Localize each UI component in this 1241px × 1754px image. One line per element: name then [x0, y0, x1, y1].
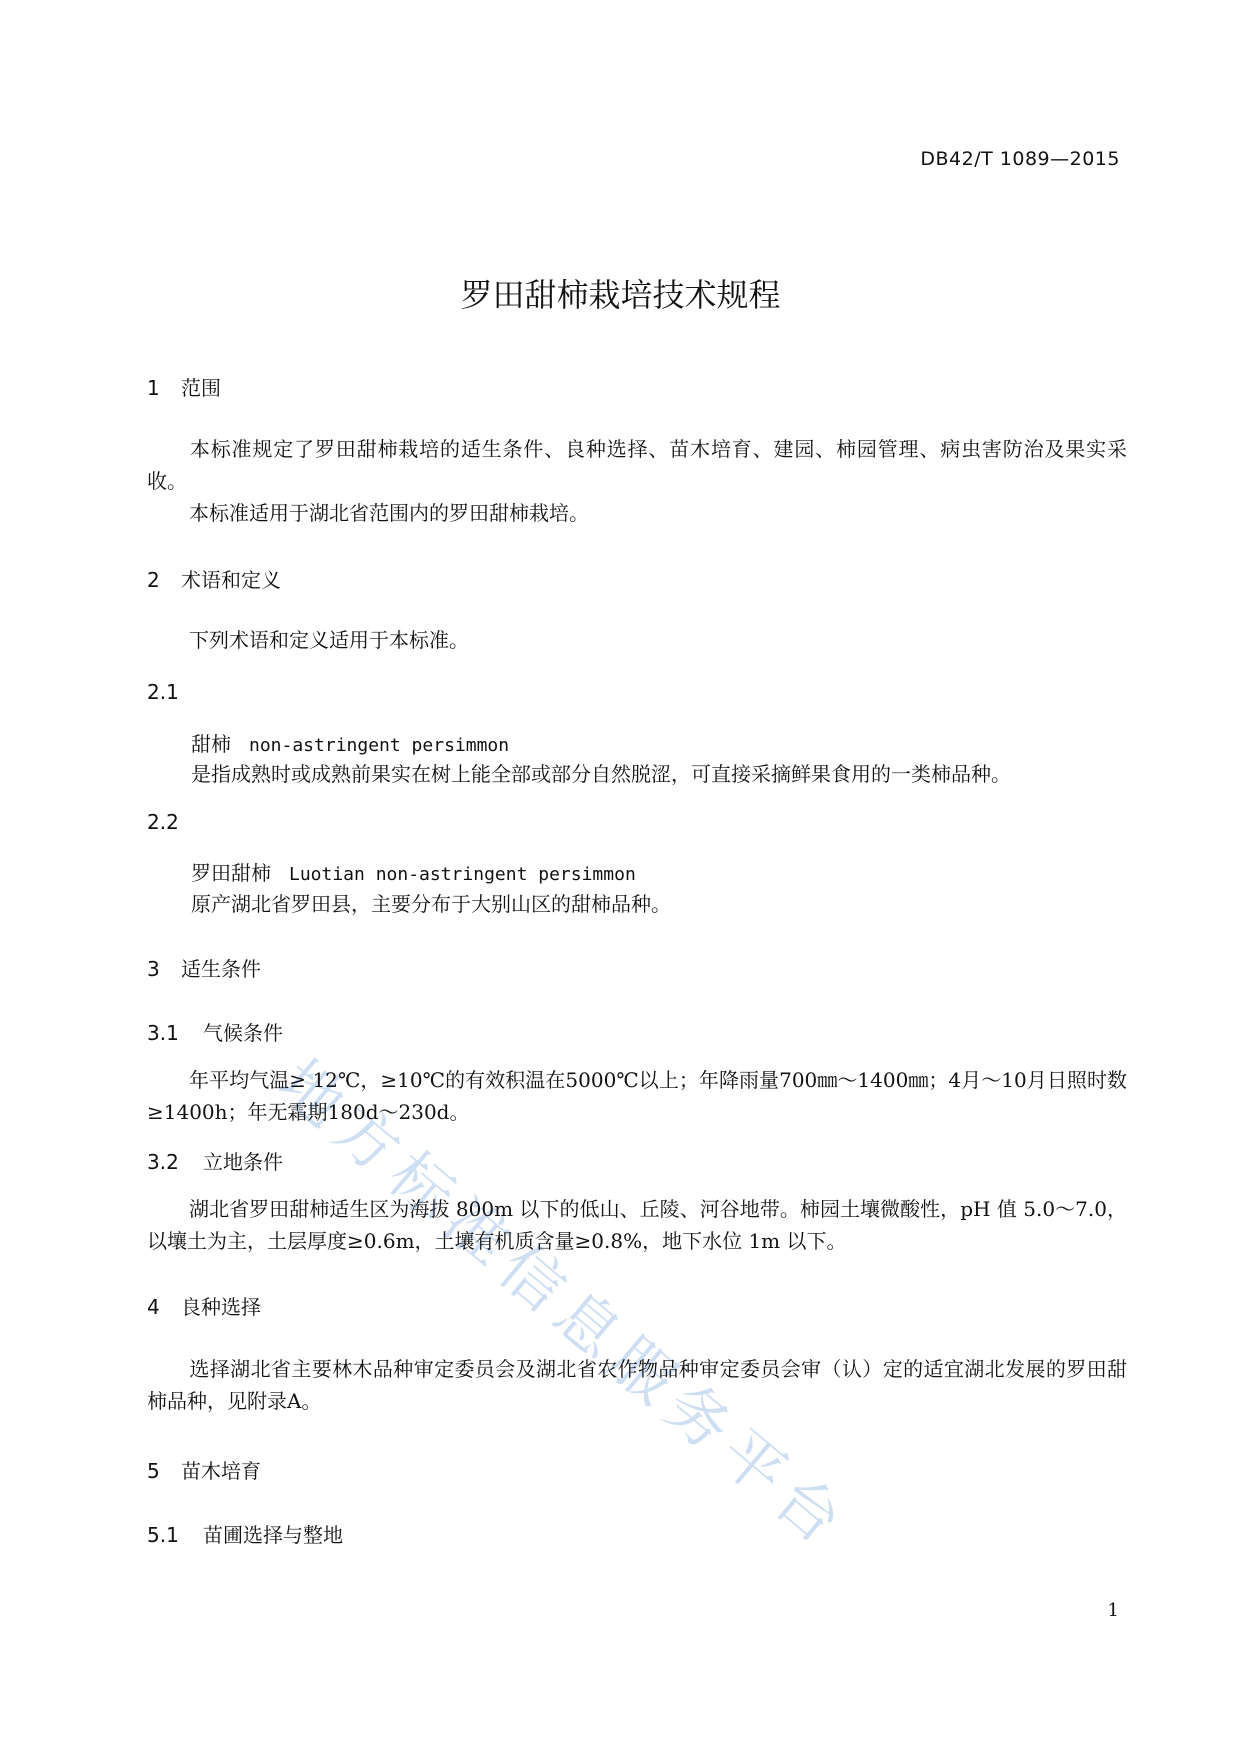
term-cn: 罗田甜柿 — [191, 861, 271, 885]
section-title: 立地条件 — [203, 1150, 283, 1174]
section-title: 良种选择 — [181, 1295, 261, 1319]
section-number: 2 — [147, 568, 181, 592]
section-5-1-heading: 5.1苗圃选择与整地 — [147, 1519, 343, 1548]
section-number: 1 — [147, 376, 181, 400]
section-1-paragraph-2: 本标准适用于湖北省范围内的罗田甜柿栽培。 — [147, 497, 1127, 529]
section-1-heading: 1范围 — [147, 372, 221, 401]
term-2-2-title: 罗田甜柿Luotian non-astringent persimmon — [191, 857, 636, 886]
term-2-1-number: 2.1 — [147, 680, 179, 704]
page-number: 1 — [1108, 1600, 1119, 1621]
standard-code: DB42/T 1089—2015 — [920, 148, 1120, 170]
term-2-2-definition: 原产湖北省罗田县，主要分布于大别山区的甜柿品种。 — [191, 888, 671, 917]
section-title: 苗圃选择与整地 — [203, 1523, 343, 1547]
section-4-paragraph: 选择湖北省主要林木品种审定委员会及湖北省农作物品种审定委员会审（认）定的适宜湖北… — [147, 1353, 1127, 1417]
section-1-paragraph-1: 本标准规定了罗田甜柿栽培的适生条件、良种选择、苗木培育、建园、柿园管理、病虫害防… — [147, 433, 1127, 497]
section-2-heading: 2术语和定义 — [147, 564, 281, 593]
paragraph-text: 下列术语和定义适用于本标准。 — [189, 628, 469, 652]
section-title: 术语和定义 — [181, 568, 281, 592]
section-number: 5 — [147, 1459, 181, 1483]
paragraph-text: 本标准规定了罗田甜柿栽培的适生条件、良种选择、苗木培育、建园、柿园管理、病虫害防… — [147, 437, 1127, 493]
section-5-heading: 5苗木培育 — [147, 1455, 261, 1484]
section-number: 3.1 — [147, 1021, 203, 1045]
section-number: 5.1 — [147, 1523, 203, 1547]
paragraph-text: 年平均气温≥ 12℃，≥10℃的有效积温在5000℃以上；年降雨量700㎜～14… — [147, 1068, 1127, 1124]
paragraph-text: 选择湖北省主要林木品种审定委员会及湖北省农作物品种审定委员会审（认）定的适宜湖北… — [147, 1357, 1127, 1413]
section-4-heading: 4良种选择 — [147, 1291, 261, 1320]
section-number: 3 — [147, 957, 181, 981]
section-title: 苗木培育 — [181, 1459, 261, 1483]
term-2-1-title: 甜柿non-astringent persimmon — [191, 728, 509, 757]
section-number: 4 — [147, 1295, 181, 1319]
term-2-2-number: 2.2 — [147, 810, 179, 834]
section-title: 气候条件 — [203, 1021, 283, 1045]
section-3-1-heading: 3.1气候条件 — [147, 1017, 283, 1046]
section-3-2-paragraph: 湖北省罗田甜柿适生区为海拔 800m 以下的低山、丘陵、河谷地带。柿园土壤微酸性… — [147, 1193, 1127, 1257]
section-title: 适生条件 — [181, 957, 261, 981]
term-cn: 甜柿 — [191, 732, 231, 756]
term-en: Luotian non-astringent persimmon — [289, 864, 636, 885]
term-en: non-astringent persimmon — [249, 735, 509, 756]
section-3-2-heading: 3.2立地条件 — [147, 1146, 283, 1175]
paragraph-text: 湖北省罗田甜柿适生区为海拔 800m 以下的低山、丘陵、河谷地带。柿园土壤微酸性… — [147, 1197, 1127, 1253]
document-title: 罗田甜柿栽培技术规程 — [0, 270, 1241, 316]
section-title: 范围 — [181, 376, 221, 400]
section-number: 3.2 — [147, 1150, 203, 1174]
section-2-paragraph-1: 下列术语和定义适用于本标准。 — [147, 624, 1127, 656]
section-3-1-paragraph: 年平均气温≥ 12℃，≥10℃的有效积温在5000℃以上；年降雨量700㎜～14… — [147, 1064, 1127, 1128]
term-2-1-definition: 是指成熟时或成熟前果实在树上能全部或部分自然脱涩，可直接采摘鲜果食用的一类柿品种… — [191, 758, 1011, 787]
paragraph-text: 本标准适用于湖北省范围内的罗田甜柿栽培。 — [189, 501, 589, 525]
section-3-heading: 3适生条件 — [147, 953, 261, 982]
